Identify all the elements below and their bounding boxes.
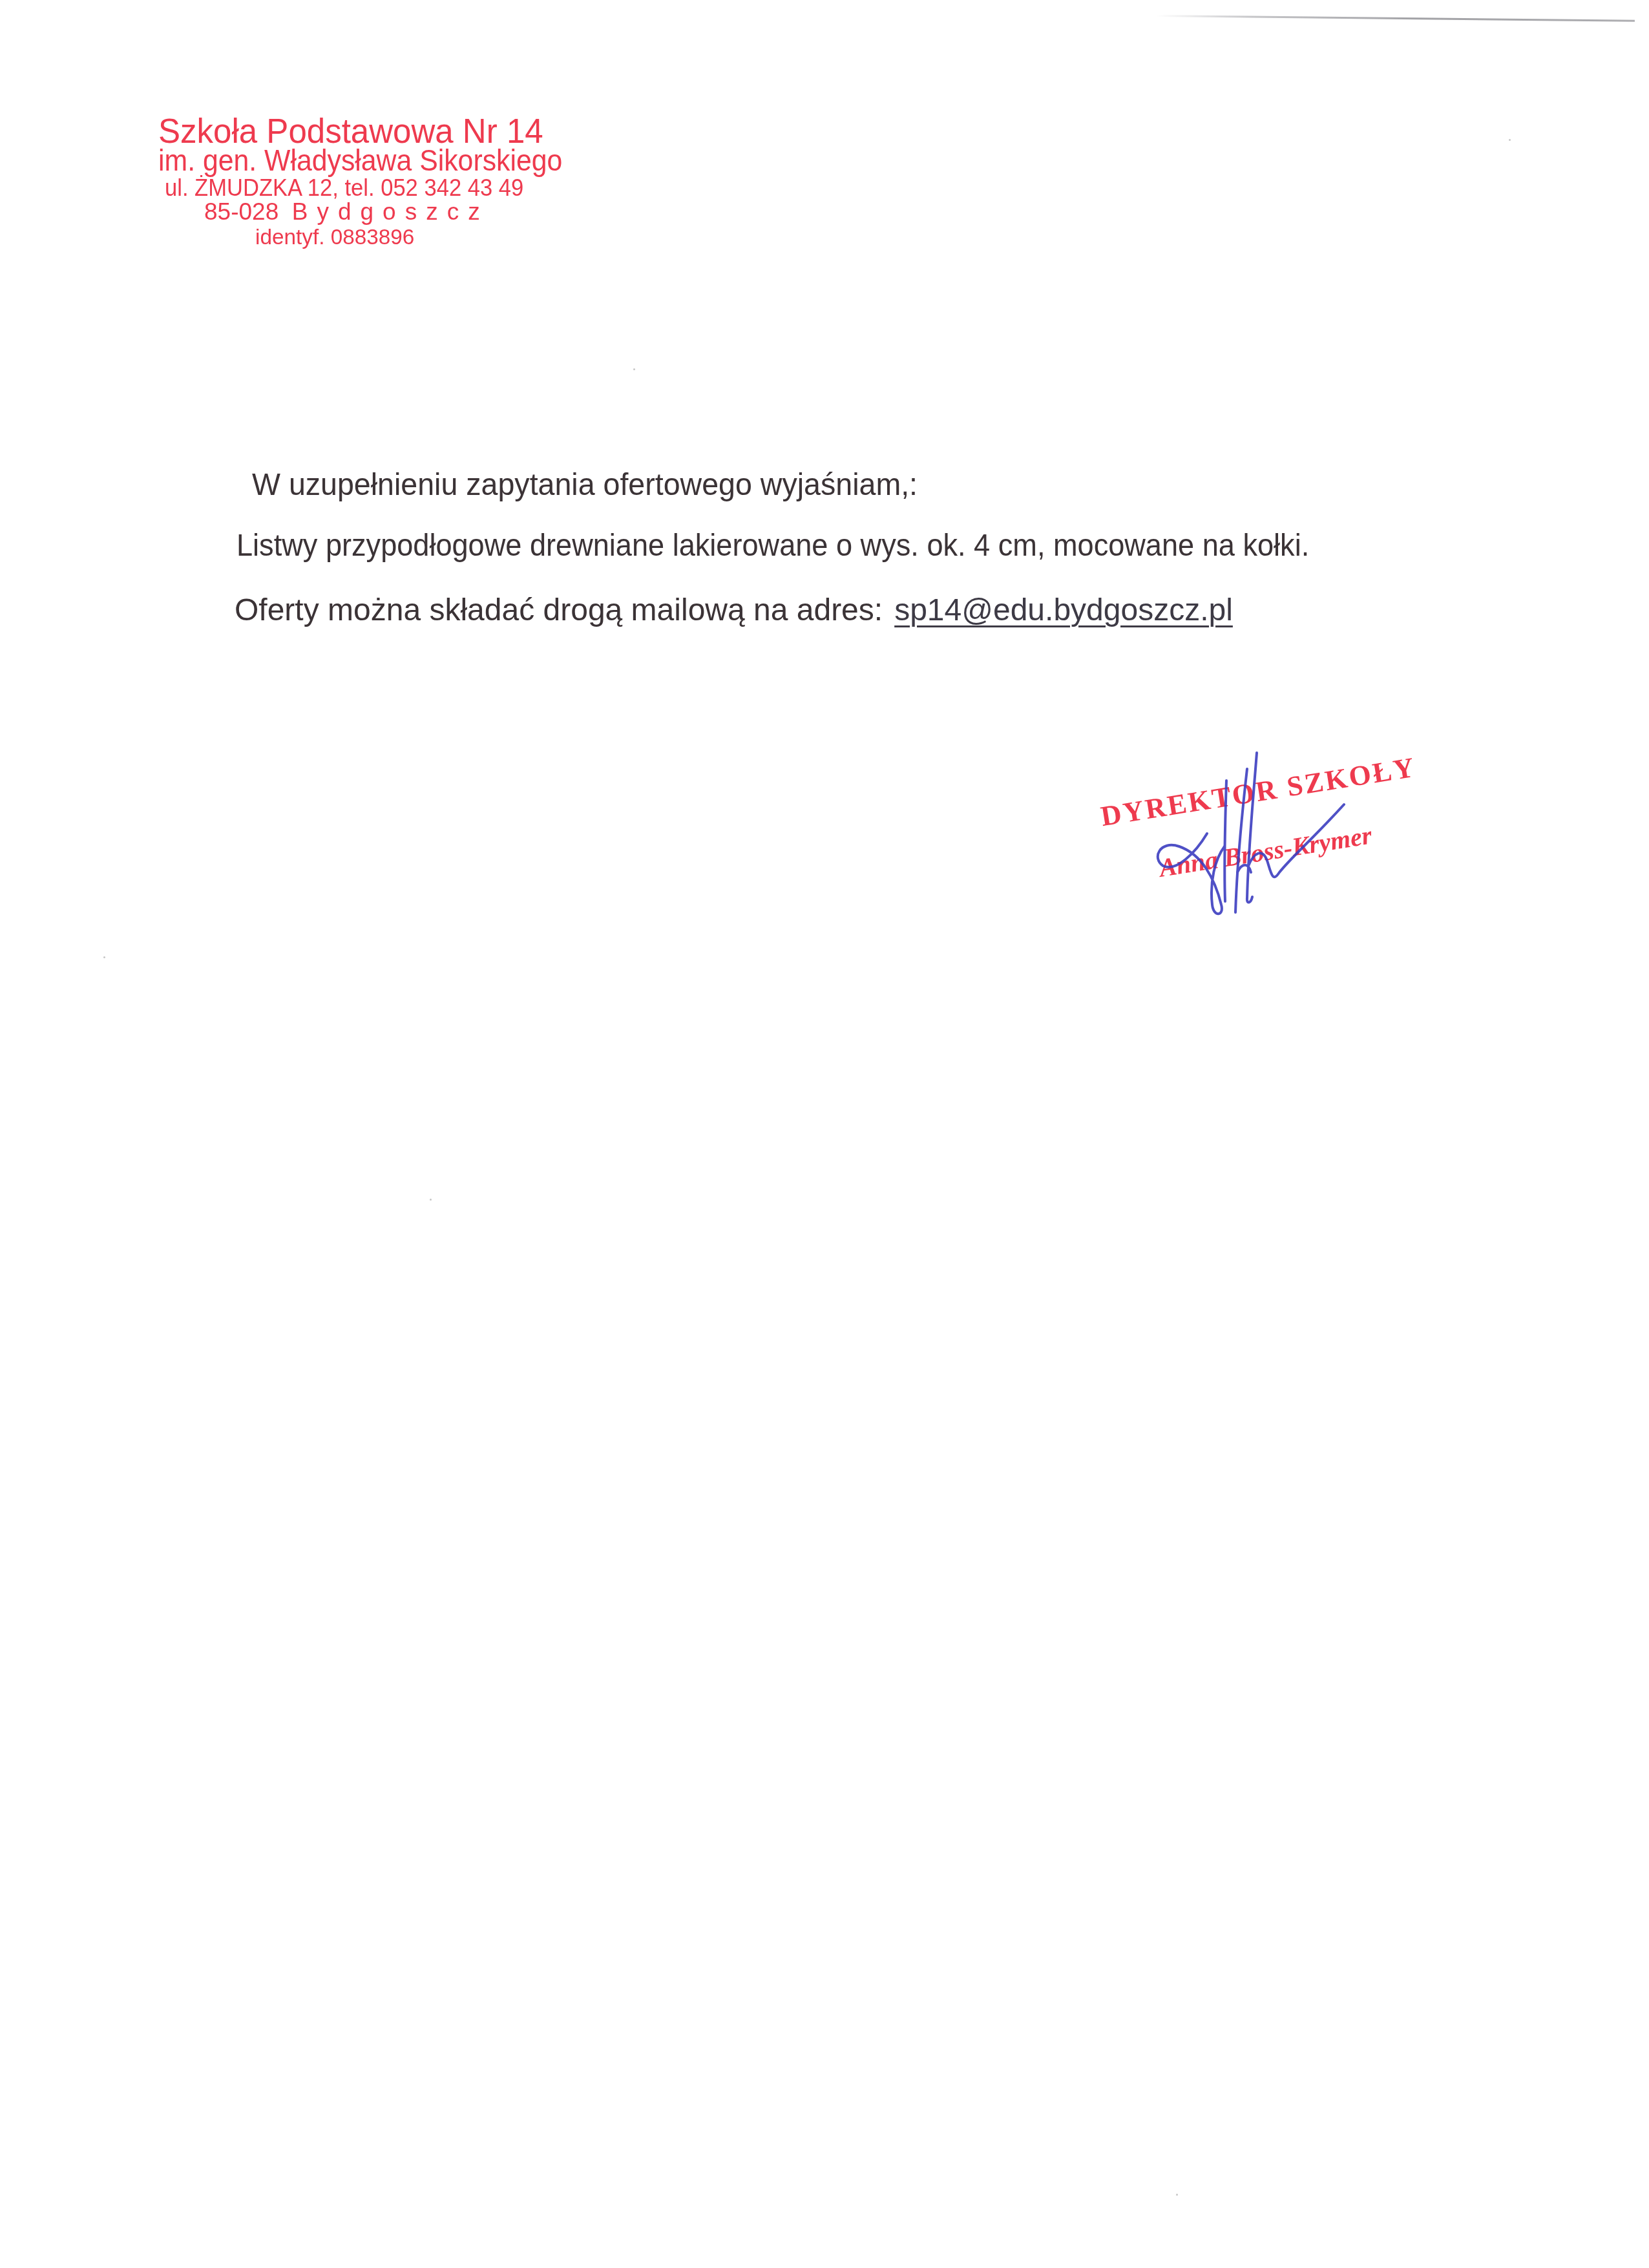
scan-speck [1176, 2194, 1178, 2196]
director-signature-block: DYREKTOR SZKOŁY Anna Bross-Krymer [1098, 743, 1434, 950]
school-address: ul. ŻMUDZKA 12, tel. 052 342 43 49 [165, 176, 523, 200]
school-city-line: 85-028 Bydgoszcz [204, 200, 489, 224]
intro-paragraph: W uzupełnieniu zapytania ofertowego wyja… [252, 470, 918, 501]
scan-edge-line [1157, 15, 1635, 22]
specification-paragraph: Listwy przypodłogowe drewniane lakierowa… [236, 530, 1309, 562]
scan-speck [1509, 139, 1511, 141]
scanned-document-page: Szkoła Podstawowa Nr 14 im. gen. Władysł… [0, 0, 1649, 2268]
submission-prefix: Oferty można składać drogą mailową na ad… [235, 595, 883, 626]
scan-speck [103, 956, 105, 958]
school-patron: im. gen. Władysława Sikorskiego [158, 145, 562, 175]
director-name: Anna Bross-Krymer [1157, 820, 1374, 883]
director-title: DYREKTOR SZKOŁY [1098, 751, 1418, 833]
school-identifier: identyf. 0883896 [255, 226, 414, 248]
scan-speck [430, 1199, 432, 1201]
scan-speck [633, 368, 635, 370]
postal-code: 85-028 [204, 198, 278, 225]
email-link[interactable]: sp14@edu.bydgoszcz.pl [894, 593, 1233, 627]
submission-paragraph: Oferty można składać drogą mailową na ad… [235, 595, 1233, 626]
city-name: Bydgoszcz [292, 198, 489, 225]
